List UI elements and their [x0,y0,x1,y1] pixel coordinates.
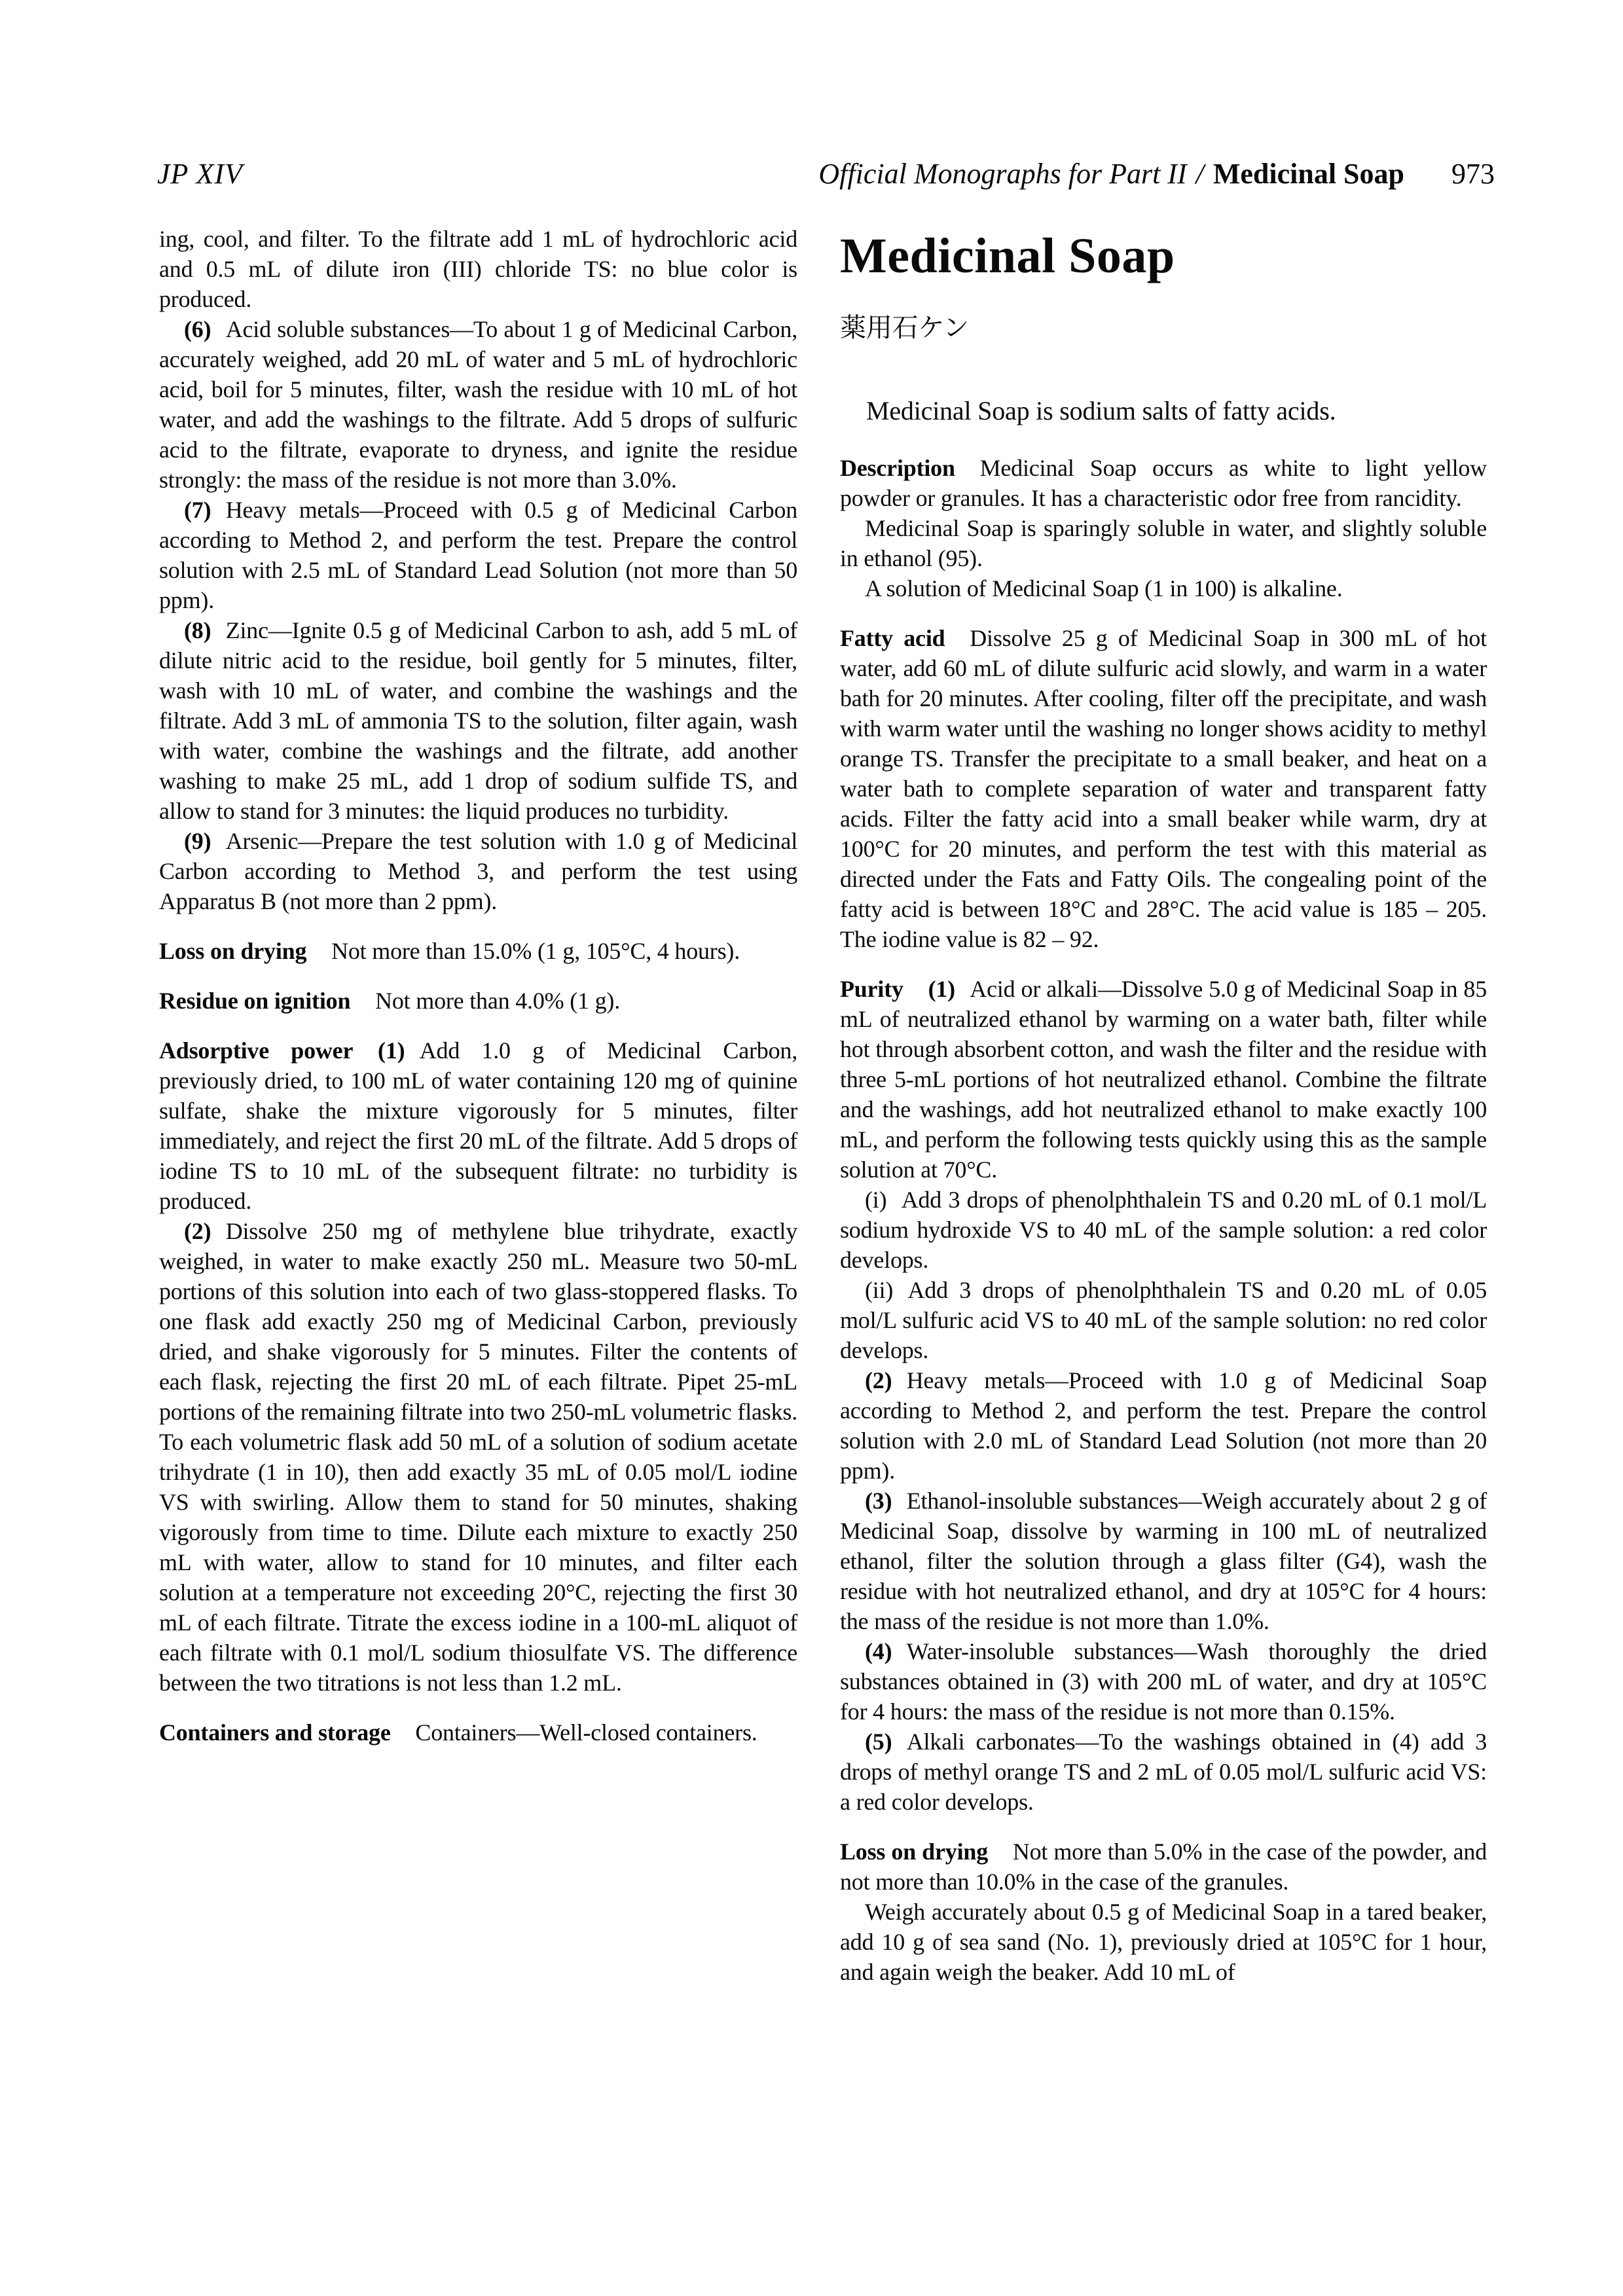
item-number: (2) [184,1218,211,1244]
item-number: (i) [865,1187,886,1213]
loss-on-drying-procedure: Weigh accurately about 0.5 g of Medicina… [840,1897,1487,1987]
monograph-title-japanese: 薬用石ケン [840,313,1487,343]
page-number: 973 [1451,157,1495,190]
section-text: Not more than 4.0% (1 g). [375,988,620,1014]
header-journal-label: JP XIV [157,157,243,190]
paragraph-text: Add 3 drops of phenolphthalein TS and 0.… [840,1187,1487,1273]
item-number: (4) [865,1638,892,1664]
running-title-monograph: Medicinal Soap [1213,158,1404,190]
purity-item-3-ethanol-insoluble: (3)Ethanol-insoluble substances—Weigh ac… [840,1486,1487,1636]
item-number: (1) [928,976,955,1002]
section-containers-and-storage: Containers and storageContainers—Well-cl… [159,1717,797,1748]
item-number: (9) [184,828,211,854]
item-number: (1) [378,1037,405,1064]
section-heading: Purity [840,976,903,1002]
item-number: (2) [865,1367,892,1393]
purity-item-2-heavy-metals: (2)Heavy metals—Proceed with 1.0 g of Me… [840,1365,1487,1486]
section-heading: Residue on ignition [159,988,350,1014]
document-page: JP XIV Official Monographs for Part II/M… [0,0,1623,2296]
paragraph-text: Water-insoluble substances—Wash thorough… [840,1638,1487,1725]
running-title: Official Monographs for Part II/Medicina… [818,157,1404,190]
item-number: (7) [184,497,211,523]
section-adsorptive-power: Adsorptive power(1)Add 1.0 g of Medicina… [159,1035,797,1216]
definition-line: Medicinal Soap is sodium salts of fatty … [840,395,1487,427]
item-9-arsenic: (9)Arsenic—Prepare the test solution wit… [159,826,797,916]
purity-item-ii: (ii)Add 3 drops of phenolphthalein TS an… [840,1275,1487,1365]
description-solubility: Medicinal Soap is sparingly soluble in w… [840,513,1487,573]
adsorptive-power-item-2: (2)Dissolve 250 mg of methylene blue tri… [159,1216,797,1698]
header-right-group: Official Monographs for Part II/Medicina… [818,157,1495,190]
paragraph-text: Add 3 drops of phenolphthalein TS and 0.… [840,1277,1487,1363]
item-number: (8) [184,617,211,643]
paragraph-text: Weigh accurately about 0.5 g of Medicina… [840,1899,1487,1985]
item-8-zinc: (8)Zinc—Ignite 0.5 g of Medicinal Carbon… [159,615,797,826]
section-text: Dissolve 25 g of Medicinal Soap in 300 m… [840,625,1487,952]
section-loss-on-drying: Loss on dryingNot more than 15.0% (1 g, … [159,936,797,966]
item-number: (6) [184,316,211,342]
paragraph-text: Alkali carbonates—To the washings obtain… [840,1729,1487,1815]
running-title-separator: / [1187,158,1213,190]
section-heading: Containers and storage [159,1719,391,1746]
left-column: ing, cool, and filter. To the filtrate a… [159,224,797,1748]
section-text: Containers—Well-closed containers. [415,1719,757,1746]
paragraph-text: Medicinal Soap is sparingly soluble in w… [840,515,1487,571]
section-heading: Fatty acid [840,625,945,651]
description-alkalinity: A solution of Medicinal Soap (1 in 100) … [840,573,1487,603]
section-heading: Description [840,455,955,481]
section-text: Not more than 15.0% (1 g, 105°C, 4 hours… [331,938,740,964]
paragraph-text: Acid soluble substances—To about 1 g of … [159,316,797,493]
paragraph-text: Zinc—Ignite 0.5 g of Medicinal Carbon to… [159,617,797,824]
paragraph-text: Heavy metals—Proceed with 0.5 g of Medic… [159,497,797,613]
purity-item-i: (i)Add 3 drops of phenolphthalein TS and… [840,1185,1487,1275]
section-heading: Loss on drying [840,1839,988,1865]
item-7-heavy-metals: (7)Heavy metals—Proceed with 0.5 g of Me… [159,495,797,615]
purity-item-5-alkali-carbonates: (5)Alkali carbonates—To the washings obt… [840,1727,1487,1817]
paragraph-text: A solution of Medicinal Soap (1 in 100) … [865,575,1343,601]
section-residue-on-ignition: Residue on ignitionNot more than 4.0% (1… [159,986,797,1016]
purity-item-4-water-insoluble: (4)Water-insoluble substances—Wash thoro… [840,1636,1487,1727]
section-fatty-acid: Fatty acidDissolve 25 g of Medicinal Soa… [840,623,1487,954]
item-number: (3) [865,1488,892,1514]
section-description: DescriptionMedicinal Soap occurs as whit… [840,453,1487,513]
section-heading: Loss on drying [159,938,306,964]
section-text: Add 1.0 g of Medicinal Carbon, previousl… [159,1037,797,1214]
item-number: (5) [865,1729,892,1755]
paragraph-text: Dissolve 250 mg of methylene blue trihyd… [159,1218,797,1696]
paragraph-continuation: ing, cool, and filter. To the filtrate a… [159,224,797,314]
item-number: (ii) [865,1277,893,1303]
paragraph-text: Ethanol-insoluble substances—Weigh accur… [840,1488,1487,1634]
section-loss-on-drying: Loss on dryingNot more than 5.0% in the … [840,1837,1487,1897]
right-column: Medicinal Soap 薬用石ケン Medicinal Soap is s… [840,229,1487,1987]
paragraph-text: Arsenic—Prepare the test solution with 1… [159,828,797,914]
section-heading: Adsorptive power [159,1037,353,1064]
paragraph-text: Heavy metals—Proceed with 1.0 g of Medic… [840,1367,1487,1484]
running-title-section: Official Monographs for Part II [818,158,1186,190]
item-6-acid-soluble-substances: (6)Acid soluble substances—To about 1 g … [159,314,797,495]
paragraph-text: ing, cool, and filter. To the filtrate a… [159,226,797,312]
monograph-title: Medicinal Soap [840,229,1487,283]
section-text: Acid or alkali—Dissolve 5.0 g of Medicin… [840,976,1487,1183]
section-purity: Purity(1)Acid or alkali—Dissolve 5.0 g o… [840,974,1487,1185]
